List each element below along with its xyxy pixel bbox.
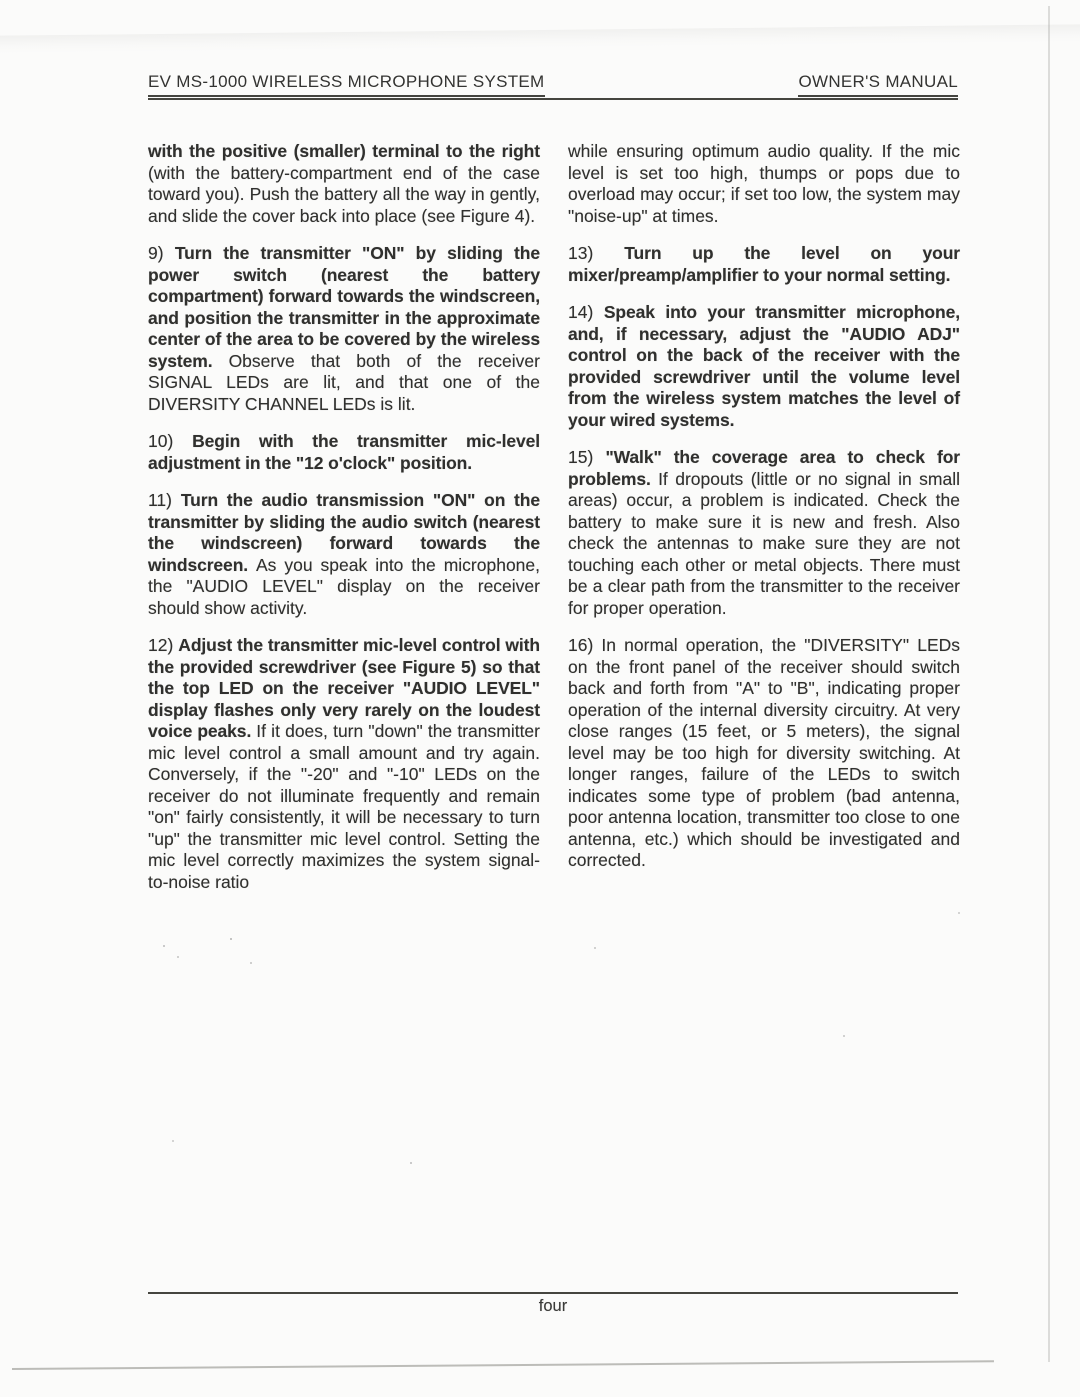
scan-bottom-edge-line: [12, 1360, 994, 1370]
paragraph: 14) Speak into your transmitter micropho…: [568, 302, 960, 431]
paragraph: 16) In normal operation, the "DIVERSITY"…: [568, 635, 960, 872]
header-right-title: OWNER'S MANUAL: [798, 72, 958, 97]
text-column-left: with the positive (smaller) terminal to …: [148, 141, 540, 909]
paragraph-text: (with the battery-compartment end of the…: [148, 163, 540, 226]
paragraph: 11) Turn the audio transmission "ON" on …: [148, 490, 540, 619]
scan-noise-dots: [230, 938, 232, 940]
paragraph: 13) Turn up the level on your mixer/prea…: [568, 243, 960, 286]
paragraph: 12) Adjust the transmitter mic-level con…: [148, 635, 540, 893]
paragraph-text: 11): [148, 490, 181, 510]
paragraph-text: If it does, turn "down" the transmitter …: [148, 721, 540, 892]
paragraph-text-bold: Turn up the level on your mixer/preamp/a…: [568, 243, 960, 285]
scan-top-edge-shadow: [0, 24, 1080, 54]
paragraph-text-bold: with the positive (smaller) terminal to …: [148, 141, 540, 161]
paragraph-text: 9): [148, 243, 175, 263]
footer-rule: [148, 1292, 958, 1294]
scan-right-edge-line: [1048, 6, 1050, 1362]
paragraph-text: 12): [148, 635, 178, 655]
paragraph-text-bold: Begin with the transmitter mic-level adj…: [148, 431, 540, 473]
paragraph-text: 16) In normal operation, the "DIVERSITY"…: [568, 635, 960, 870]
paragraph-text-bold: Speak into your transmitter microphone, …: [568, 302, 960, 430]
paragraph-text: while ensuring optimum audio quality. If…: [568, 141, 960, 226]
page-number: four: [148, 1297, 958, 1316]
paragraph-text: If dropouts (little or no signal in smal…: [568, 469, 960, 618]
paragraph: 10) Begin with the transmitter mic-level…: [148, 431, 540, 474]
paragraph: with the positive (smaller) terminal to …: [148, 141, 540, 227]
header-rule: [148, 98, 958, 100]
paragraph-text: 13): [568, 243, 624, 263]
paragraph: 9) Turn the transmitter "ON" by sliding …: [148, 243, 540, 415]
header-left-title: EV MS-1000 WIRELESS MICROPHONE SYSTEM: [148, 72, 545, 97]
paragraph: 15) "Walk" the coverage area to check fo…: [568, 447, 960, 619]
paragraph-text: 14): [568, 302, 604, 322]
paragraph: while ensuring optimum audio quality. If…: [568, 141, 960, 227]
document-page: EV MS-1000 WIRELESS MICROPHONE SYSTEM OW…: [0, 0, 1080, 1397]
paragraph-text: 15): [568, 447, 605, 467]
text-column-right: while ensuring optimum audio quality. If…: [568, 141, 960, 888]
paragraph-text: 10): [148, 431, 192, 451]
